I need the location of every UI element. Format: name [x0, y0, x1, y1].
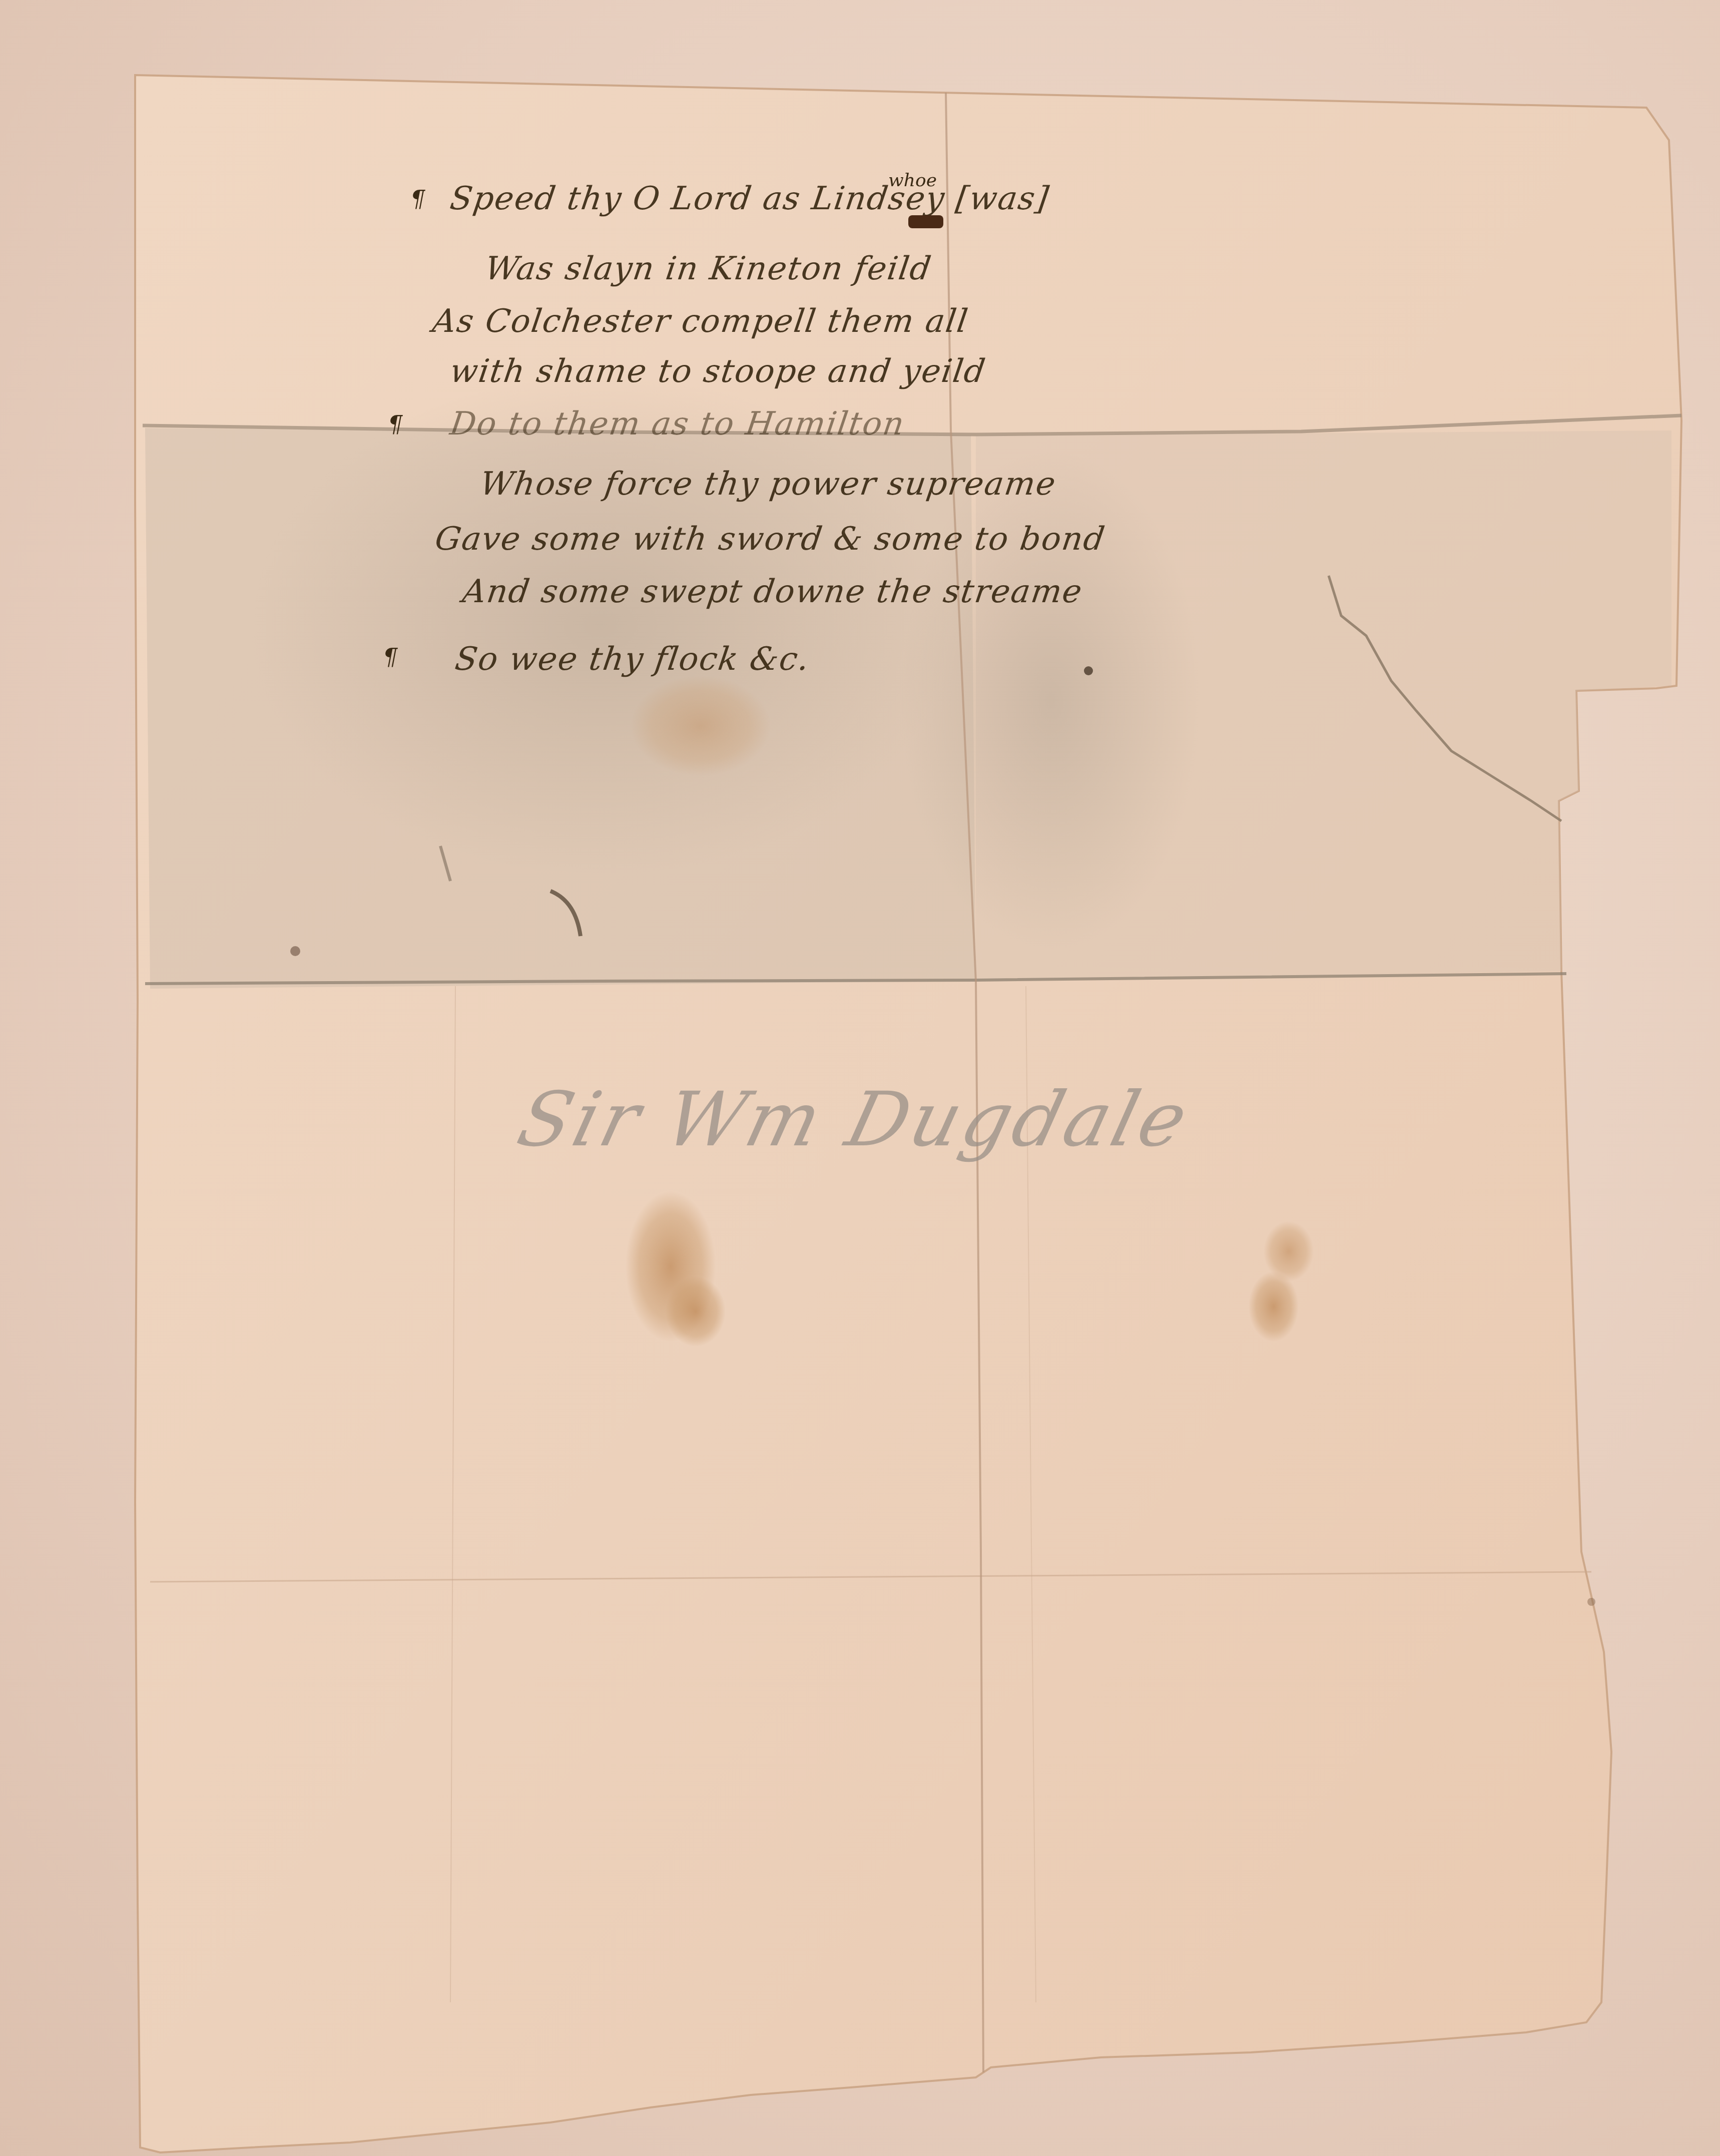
paragraph-mark: ¶ — [388, 410, 402, 438]
verse-1-line-4: with shame to stoope and yeild — [448, 355, 988, 387]
verse-1-line-1: Speed thy O Lord as Lindsey [was] — [448, 183, 1051, 215]
verse-2-line-4: And some swept downe the streame — [461, 576, 1085, 608]
verse-3-line-1: So wee thy flock &c. — [453, 643, 812, 675]
paragraph-mark: ¶ — [410, 185, 425, 212]
verse-1-line-3: As Colchester compell them all — [431, 305, 971, 337]
verse-1-line-2: Was slayn in Kineton feild — [483, 253, 934, 285]
pencil-attribution: Sir Wm Dugdale — [509, 1076, 1199, 1163]
verse-2-line-3: Gave some with sword & some to bond — [433, 523, 1107, 555]
verse-2-line-1: Do to them as to Hamilton — [448, 408, 907, 440]
paragraph-mark: ¶ — [383, 643, 397, 670]
ink-blot — [908, 215, 943, 228]
interlinear-insertion: whoe — [888, 170, 937, 191]
verse-2-line-2: Whose force thy power supreame — [478, 468, 1058, 500]
